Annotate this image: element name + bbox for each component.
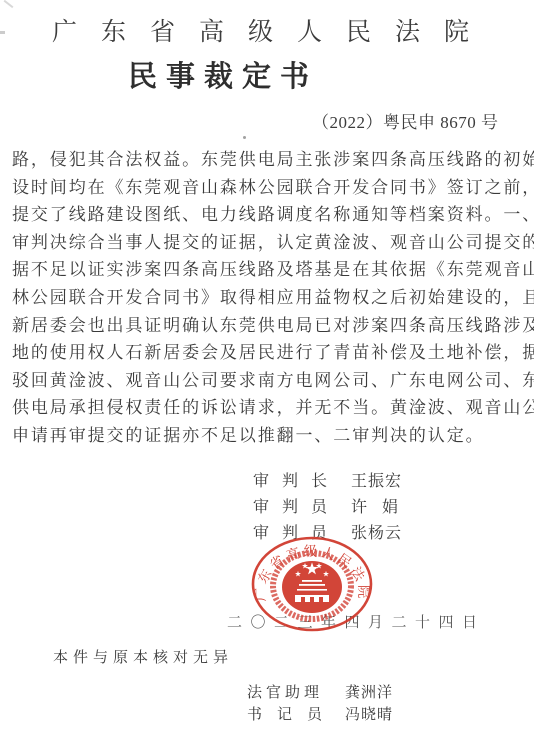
body-line: 提交了线路建设图纸、电力线路调度名称通知等档案资料。一、二: [12, 201, 526, 229]
national-emblem-icon: [273, 553, 351, 619]
verification-note: 本件与原本核对无异: [53, 646, 233, 667]
body-line: 驳回黄淦波、观音山公司要求南方电网公司、广东电网公司、东莞: [12, 367, 526, 395]
body-line: 新居委会也出具证明确认东莞供电局已对涉案四条高压线路涉及土: [12, 312, 526, 340]
case-number: （2022）粤民申 8670 号: [312, 108, 499, 133]
document-page: 广东省高级人民法院 民事裁定书 （2022）粤民申 8670 号 路，侵犯其合法…: [0, 0, 534, 734]
body-line: 路，侵犯其合法权益。东莞供电局主张涉案四条高压线路的初始建: [12, 146, 526, 174]
judge-name: 许娟: [351, 494, 413, 517]
ruling-body: 路，侵犯其合法权益。东莞供电局主张涉案四条高压线路的初始建 设时间均在《东莞观音…: [12, 146, 526, 450]
star-icon: [302, 563, 308, 569]
body-line: 审判决综合当事人提交的证据，认定黄淦波、观音山公司提交的证: [12, 229, 526, 257]
document-type-title: 民事裁定书: [128, 54, 318, 95]
body-line: 地的使用权人石新居委会及居民进行了青苗补偿及土地补偿，据此: [12, 339, 526, 367]
body-line: 据不足以证实涉案四条高压线路及塔基是在其依据《东莞观音山森: [12, 256, 526, 284]
staff-name: 冯晓晴: [345, 703, 393, 724]
svg-text:广东省高级人民法院: 广东省高级人民法院: [253, 544, 371, 602]
judge-row: 审判员 许娟: [253, 494, 413, 520]
judge-name: 王振宏: [351, 468, 402, 491]
star-icon: [306, 562, 319, 574]
star-icon: [323, 571, 329, 577]
judge-row: 审判长 王振宏: [253, 468, 413, 494]
judge-row: 审判员 张杨云: [253, 520, 413, 546]
scan-artifact-corner-mark: [4, 0, 14, 8]
staff-name: 龚洲洋: [345, 681, 393, 702]
ruling-date: 二〇二三年四月二十四日: [227, 611, 486, 632]
court-name-title: 广东省高级人民法院: [52, 12, 493, 48]
staff-block: 法官助理 龚洲洋 书记员 冯晓晴: [247, 681, 393, 725]
staff-row: 法官助理 龚洲洋: [247, 681, 393, 703]
body-line: 供电局承担侵权责任的诉讼请求，并无不当。黄淦波、观音山公司: [12, 394, 526, 422]
body-line: 设时间均在《东莞观音山森林公园联合开发合同书》签订之前，并: [12, 174, 526, 202]
judge-name: 张杨云: [351, 520, 402, 543]
scan-artifact-dot: [243, 136, 246, 139]
staff-role: 法官助理: [247, 681, 331, 702]
judges-block: 审判长 王振宏 审判员 许娟 审判员 张杨云: [253, 468, 413, 546]
judge-role: 审判员: [253, 520, 345, 543]
gate-arches: [301, 597, 323, 602]
staff-role: 书记员: [247, 703, 331, 724]
seal-text: 广东省高级人民法院: [253, 544, 371, 602]
body-line: 林公园联合开发合同书》取得相应用益物权之后初始建设的，且石: [12, 284, 526, 312]
star-icon: [316, 563, 322, 569]
staff-row: 书记员 冯晓晴: [247, 703, 393, 725]
tiananmen-gate-icon: [295, 580, 329, 602]
judge-role: 审判长: [253, 468, 345, 491]
body-line: 申请再审提交的证据亦不足以推翻一、二审判决的认定。: [12, 422, 526, 450]
scan-artifact-edge-smudge: [0, 31, 5, 34]
star-icon: [295, 571, 301, 577]
judge-role: 审判员: [253, 494, 345, 517]
